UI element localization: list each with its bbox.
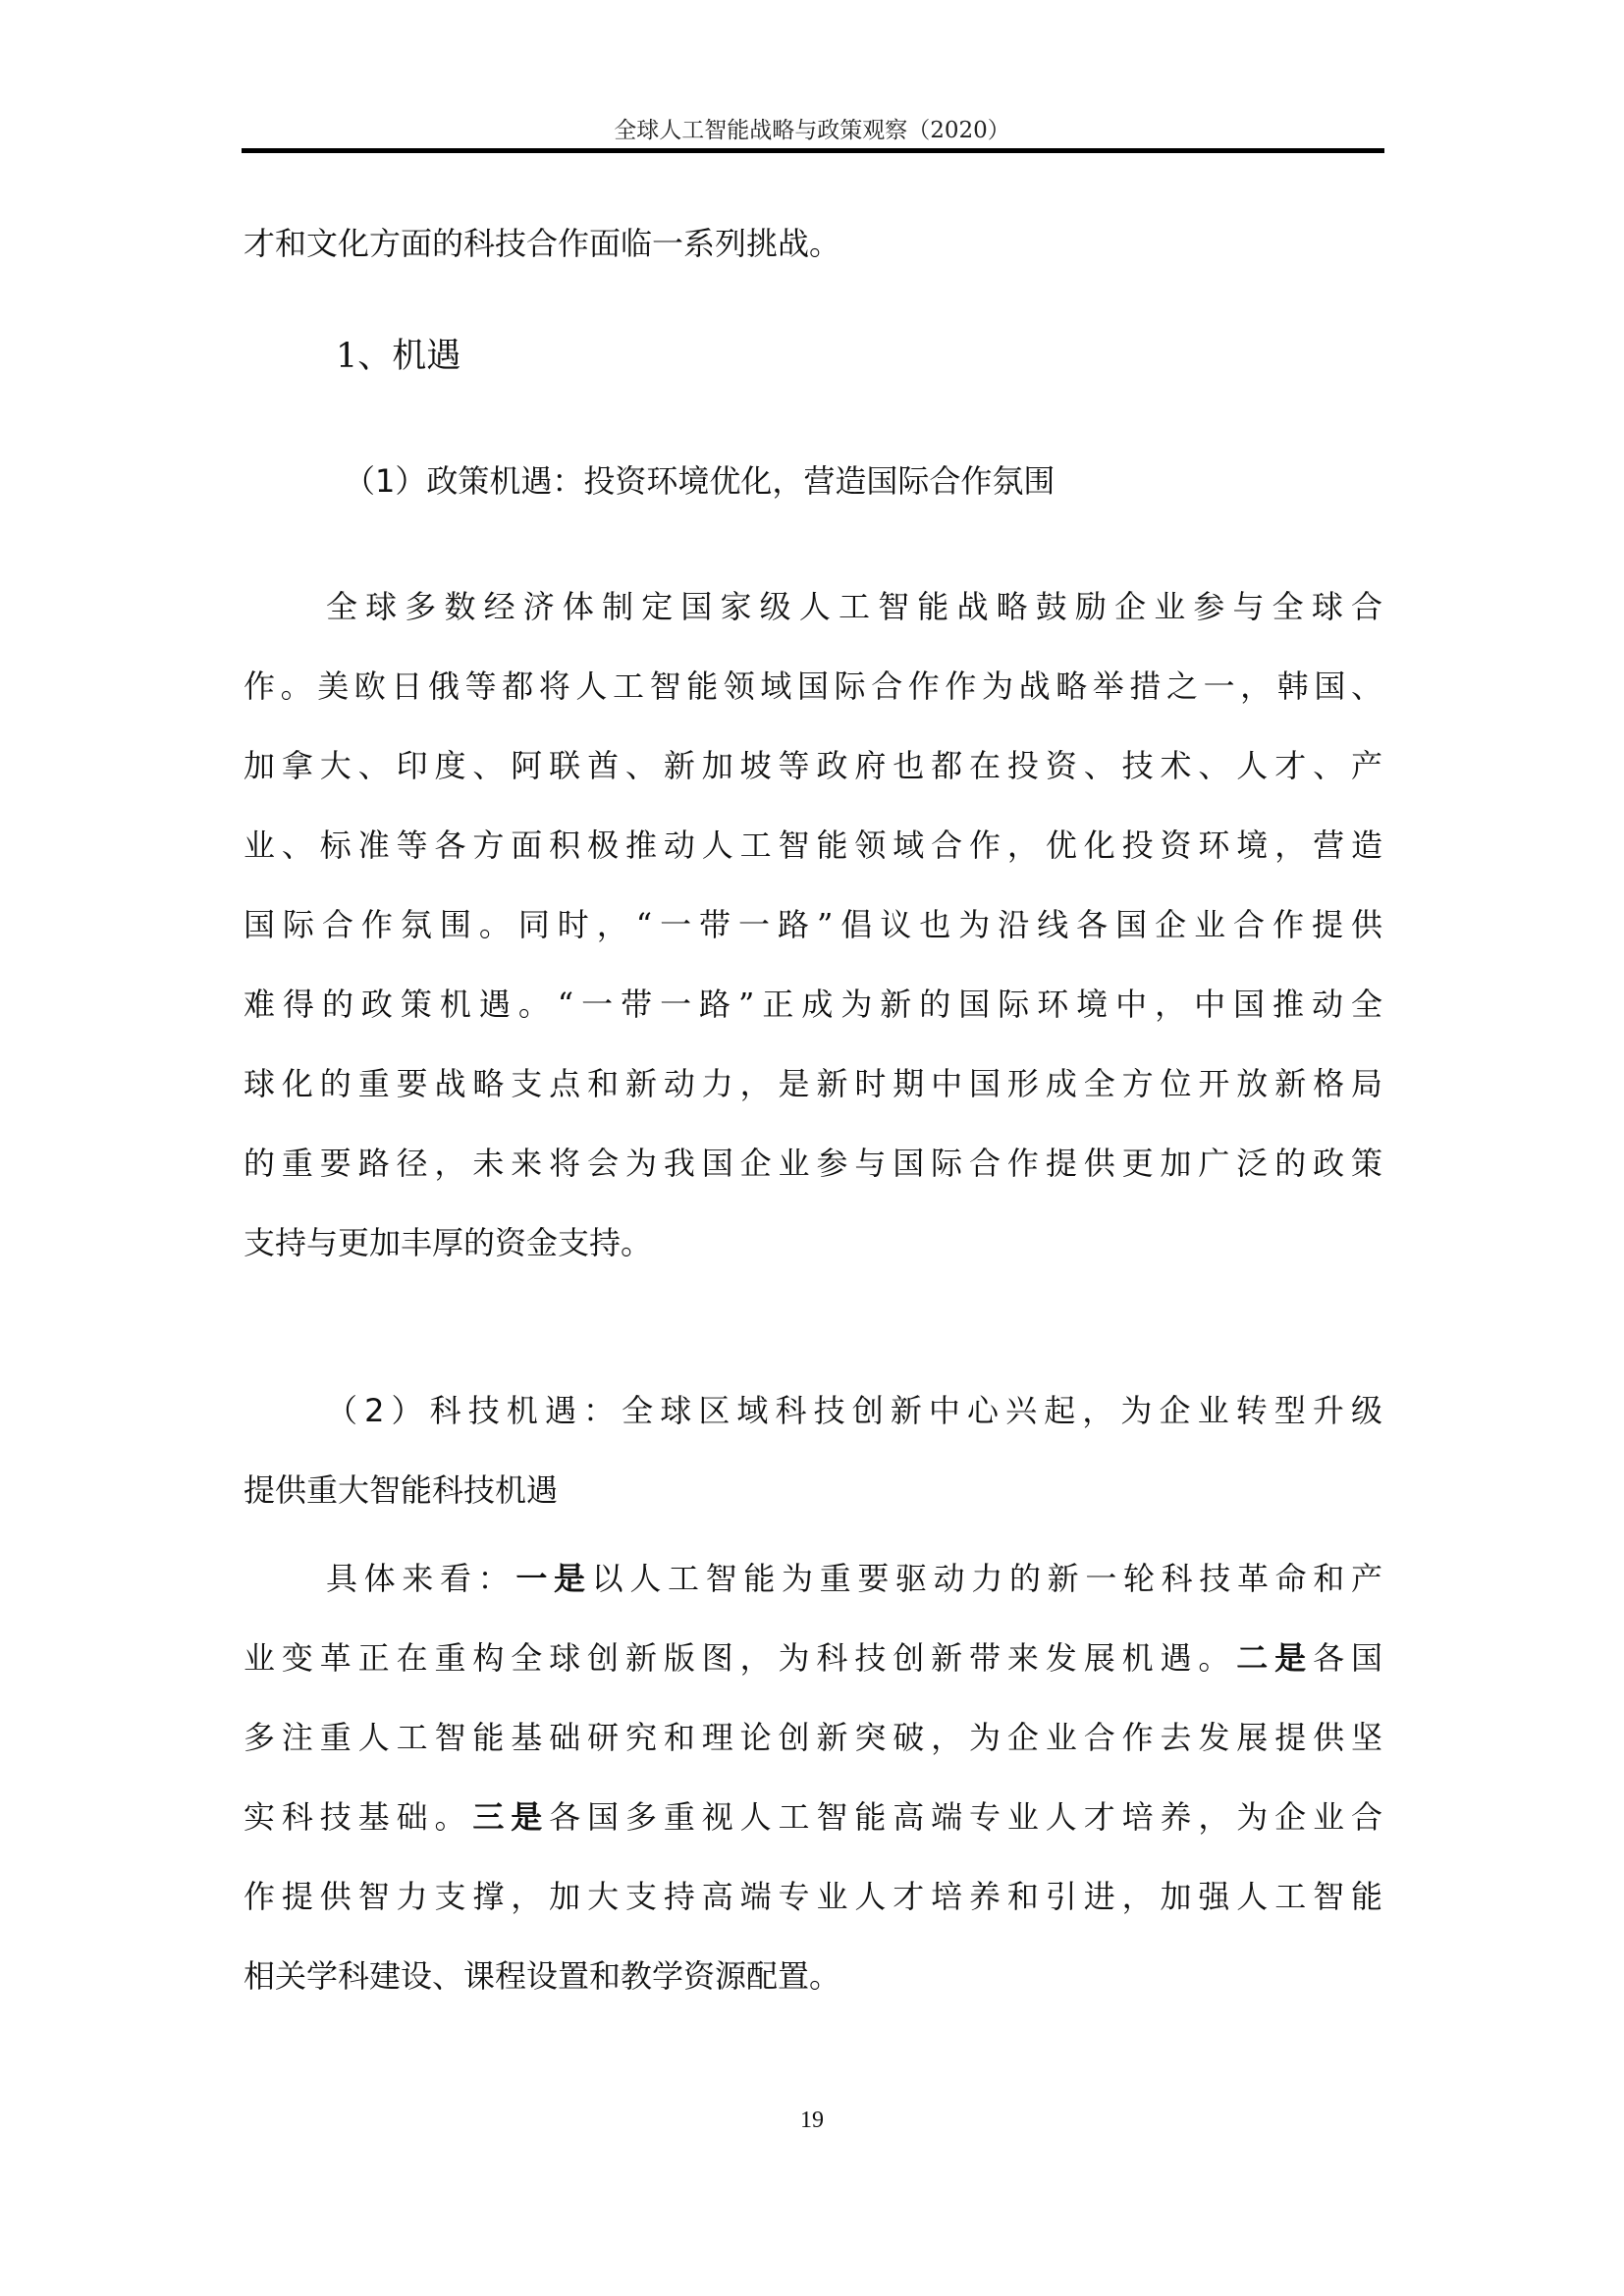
text-run: 各国多重视人工智能高端专业人才培养，为企业合 [549,1798,1382,1836]
subsection-2-heading-line-2: 提供重大智能科技机遇 [244,1467,1382,1514]
paragraph-line: 相关学科建设、课程设置和教学资源配置。 [244,1952,1382,2000]
paragraph-line: 国际合作氛围。同时，“一带一路”倡议也为沿线各国企业合作提供 [244,901,1382,948]
paragraph-line: 业、标准等各方面积极推动人工智能领域合作，优化投资环境，营造 [244,822,1382,869]
carryover-line: 才和文化方面的科技合作面临一系列挑战。 [244,220,1382,267]
paragraph-line: 业变革正在重构全球创新版图，为科技创新带来发展机遇。二是各国 [244,1634,1382,1682]
paragraph-line: 具体来看：一是以人工智能为重要驱动力的新一轮科技革命和产 [326,1555,1382,1602]
page-number: 19 [0,2106,1624,2135]
paragraph-line: 支持与更加丰厚的资金支持。 [244,1219,1382,1266]
paragraph-line: 的重要路径，未来将会为我国企业参与国际合作提供更加广泛的政策 [244,1140,1382,1187]
section-heading: 1、机遇 [336,333,460,380]
text-run: 实科技基础。 [244,1798,472,1836]
text-run: 业变革正在重构全球创新版图，为科技创新带来发展机遇。 [244,1639,1236,1677]
text-run: 各国 [1313,1639,1382,1677]
text-run: 以人工智能为重要驱动力的新一轮科技革命和产 [592,1560,1382,1597]
paragraph-line: 球化的重要战略支点和新动力，是新时期中国形成全方位开放新格局 [244,1060,1382,1107]
paragraph-line: 全球多数经济体制定国家级人工智能战略鼓励企业参与全球合 [326,583,1382,630]
paragraph-line: 实科技基础。三是各国多重视人工智能高端专业人才培养，为企业合 [244,1793,1382,1841]
emphasis-run: 一是 [515,1560,591,1597]
running-header-title: 全球人工智能战略与政策观察（2020） [0,116,1624,145]
emphasis-run: 三是 [472,1798,549,1836]
paragraph-line: 难得的政策机遇。“一带一路”正成为新的国际环境中，中国推动全 [244,981,1382,1028]
paragraph-line: 作。美欧日俄等都将人工智能领域国际合作作为战略举措之一，韩国、 [244,663,1382,710]
emphasis-run: 二是 [1236,1639,1313,1677]
header-rule [242,148,1384,153]
paragraph-line: 加拿大、印度、阿联酋、新加坡等政府也都在投资、技术、人才、产 [244,742,1382,789]
paragraph-line: 多注重人工智能基础研究和理论创新突破，为企业合作去发展提供坚 [244,1714,1382,1761]
subsection-1-heading: （1）政策机遇：投资环境优化，营造国际合作氛围 [344,457,1055,505]
paragraph-line: 作提供智力支撑，加大支持高端专业人才培养和引进，加强人工智能 [244,1873,1382,1920]
subsection-2-heading-line-1: （2）科技机遇：全球区域科技创新中心兴起，为企业转型升级 [326,1387,1382,1434]
text-run: 具体来看： [326,1560,515,1597]
